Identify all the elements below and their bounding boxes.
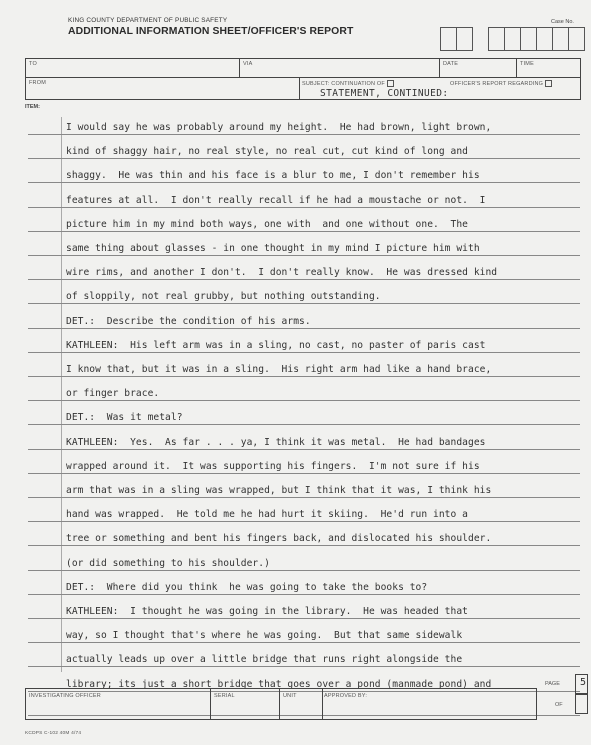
- ruled-line: [28, 376, 580, 377]
- approved-by-label: APPROVED BY:: [324, 693, 367, 699]
- statement-line: actually leads up over a little bridge t…: [66, 654, 462, 665]
- unit-label: UNIT: [283, 693, 297, 699]
- case-box[interactable]: [504, 27, 521, 51]
- case-box[interactable]: [456, 27, 473, 51]
- ruled-line: [28, 255, 580, 256]
- ruled-line: [28, 473, 580, 474]
- to-label: TO: [29, 61, 37, 67]
- statement-line: hand was wrapped. He told me he had hurt…: [66, 509, 468, 520]
- ruled-line: [28, 303, 580, 304]
- ruled-line: [28, 570, 580, 571]
- from-label: FROM: [29, 80, 46, 86]
- ruled-line: [28, 207, 580, 208]
- ruled-line: [28, 231, 580, 232]
- statement-line: I would say he was probably around my he…: [66, 122, 491, 133]
- statement-line: way, so I thought that's where he was go…: [66, 630, 462, 641]
- of-label: OF: [555, 702, 563, 708]
- to-field[interactable]: TO: [25, 58, 240, 78]
- case-box[interactable]: [536, 27, 553, 51]
- statement-line: or finger brace.: [66, 388, 159, 399]
- from-field[interactable]: FROM: [25, 77, 300, 100]
- statement-line: (or did something to his shoulder.): [66, 558, 270, 569]
- subject-field[interactable]: SUBJECT: CONTINUATION OF OFFICER'S REPOR…: [299, 77, 581, 100]
- ruled-line: [28, 158, 580, 159]
- ruled-line: [28, 642, 580, 643]
- page-box[interactable]: 5: [575, 674, 588, 694]
- case-prefix-boxes[interactable]: [441, 27, 473, 51]
- statement-line: DET.: Where did you think he was going t…: [66, 582, 427, 593]
- continuation-checkbox[interactable]: [387, 80, 394, 87]
- investigating-officer-label: INVESTIGATING OFFICER: [29, 693, 101, 699]
- page-label: PAGE: [545, 681, 560, 687]
- ruled-line: [28, 521, 580, 522]
- subject-value: STATEMENT, CONTINUED:: [320, 88, 449, 99]
- form-title: ADDITIONAL INFORMATION SHEET/OFFICER'S R…: [68, 26, 353, 37]
- case-box[interactable]: [440, 27, 457, 51]
- left-margin-rule: [61, 117, 62, 672]
- via-field[interactable]: VIA: [239, 58, 440, 78]
- officers-report-checkbox[interactable]: [545, 80, 552, 87]
- statement-line: DET.: Describe the condition of his arms…: [66, 316, 311, 327]
- statement-line: wire rims, and another I don't. I don't …: [66, 267, 497, 278]
- statement-line: KATHLEEN: His left arm was in a sling, n…: [66, 340, 485, 351]
- ruled-line: [28, 182, 580, 183]
- statement-line: KATHLEEN: Yes. As far . . . ya, I think …: [66, 437, 485, 448]
- officers-report-label: OFFICER'S REPORT REGARDING: [450, 80, 552, 87]
- form-code: KCDPS C-102 40M 4/74: [25, 731, 81, 736]
- statement-line: picture him in my mind both ways, one wi…: [66, 219, 468, 230]
- statement-line: I know that, but it was in a sling. His …: [66, 364, 491, 375]
- ruled-line: [28, 594, 580, 595]
- date-label: DATE: [443, 61, 458, 67]
- statement-line: features at all. I don't really recall i…: [66, 195, 485, 206]
- statement-line: DET.: Was it metal?: [66, 412, 183, 423]
- ruled-line: [28, 352, 580, 353]
- statement-line: KATHLEEN: I thought he was going in the …: [66, 606, 468, 617]
- statement-line: arm that was in a sling was wrapped, but…: [66, 485, 491, 496]
- ruled-line: [28, 545, 580, 546]
- statement-line: same thing about glasses - in one though…: [66, 243, 480, 254]
- subject-label: SUBJECT: CONTINUATION OF: [302, 80, 394, 87]
- item-label: ITEM:: [25, 104, 40, 110]
- time-field[interactable]: TIME: [516, 58, 581, 78]
- ruled-line: [28, 424, 580, 425]
- case-box[interactable]: [552, 27, 569, 51]
- case-no-label: Case No.: [551, 19, 574, 25]
- statement-line: wrapped around it. It was supporting his…: [66, 461, 480, 472]
- statement-line: kind of shaggy hair, no real style, no r…: [66, 146, 468, 157]
- case-number-boxes[interactable]: [489, 27, 585, 51]
- case-box[interactable]: [520, 27, 537, 51]
- ruled-line: [28, 449, 580, 450]
- statement-line: tree or something and bent his fingers b…: [66, 533, 491, 544]
- of-box[interactable]: [575, 694, 588, 714]
- ruled-line: [28, 328, 580, 329]
- ruled-line: [28, 497, 580, 498]
- ruled-line: [28, 400, 580, 401]
- ruled-line: [28, 618, 580, 619]
- page-number: 5: [576, 677, 587, 688]
- statement-line: of sloppily, not real grubby, but nothin…: [66, 291, 381, 302]
- date-field[interactable]: DATE: [439, 58, 517, 78]
- ruled-line: [28, 279, 580, 280]
- serial-label: SERIAL: [214, 693, 235, 699]
- statement-line: shaggy. He was thin and his face is a bl…: [66, 170, 480, 181]
- case-box[interactable]: [568, 27, 585, 51]
- signature-block: INVESTIGATING OFFICER SERIAL UNIT APPROV…: [25, 688, 537, 720]
- time-label: TIME: [520, 61, 534, 67]
- ruled-line: [28, 666, 580, 667]
- case-box[interactable]: [488, 27, 505, 51]
- via-label: VIA: [243, 61, 252, 67]
- ruled-line: [28, 134, 580, 135]
- agency-name: KING COUNTY DEPARTMENT OF PUBLIC SAFETY: [68, 17, 227, 24]
